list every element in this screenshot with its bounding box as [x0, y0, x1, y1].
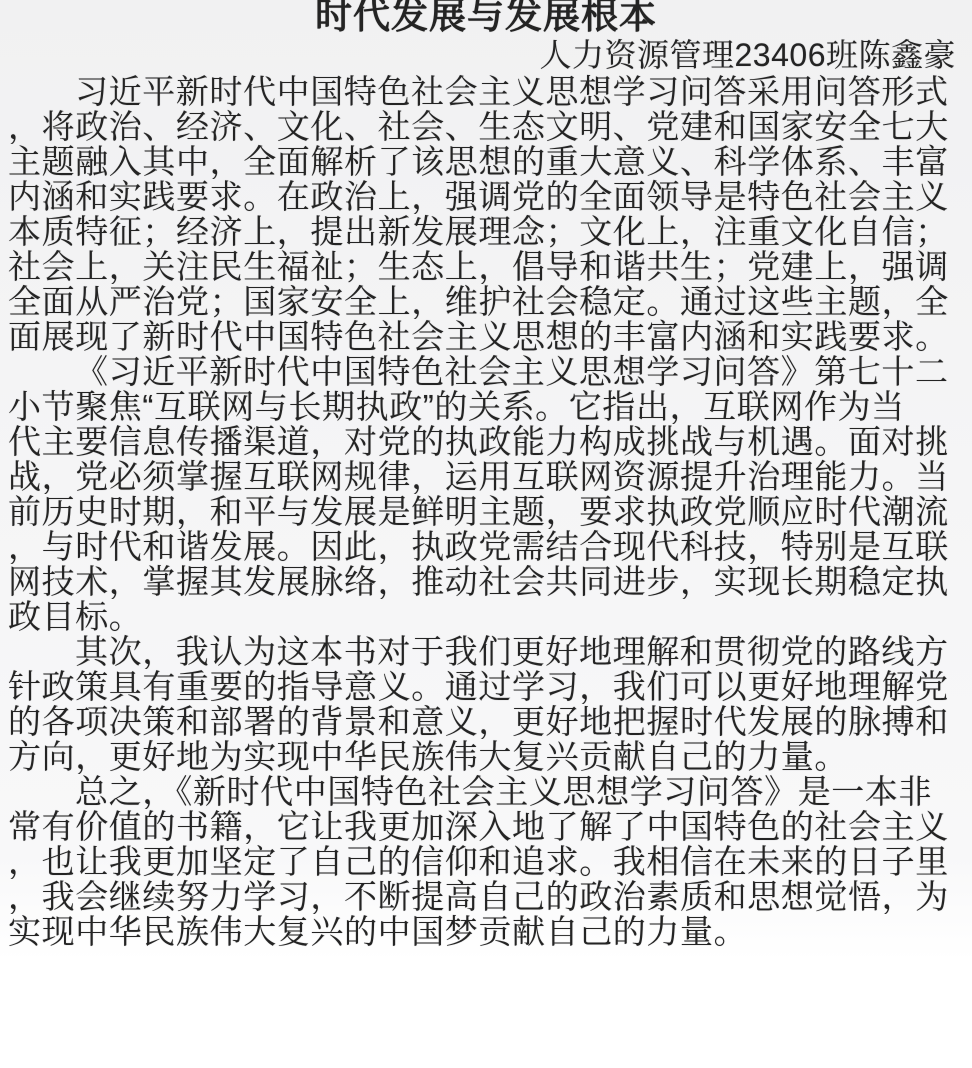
text-line: 其次，我认为这本书对于我们更好地理解和贯彻党的路线方	[8, 634, 958, 669]
paragraph: 《习近平新时代中国特色社会主义思想学习问答》第七十二小节聚焦“互联网与长期执政”…	[8, 354, 958, 634]
text-line: 面展现了新时代中国特色社会主义思想的丰富内涵和实践要求。	[8, 319, 958, 354]
text-line: 全面从严治党；国家安全上，维护社会稳定。通过这些主题，全	[8, 284, 958, 319]
text-line: 战，党必须掌握互联网规律，运用互联网资源提升治理能力。当	[8, 459, 958, 494]
text-line: 政目标。	[8, 599, 958, 634]
text-line: 代主要信息传播渠道，对党的执政能力构成挑战与机遇。面对挑	[8, 424, 958, 459]
text-line: 小节聚焦“互联网与长期执政”的关系。它指出，互联网作为当	[8, 389, 958, 424]
document-page: 时代发展与发展根本 人力资源管理23406班陈鑫豪 习近平新时代中国特色社会主义…	[0, 0, 972, 1068]
text-line: 针政策具有重要的指导意义。通过学习，我们可以更好地理解党	[8, 669, 958, 704]
text-line: ，我会继续努力学习，不断提高自己的政治素质和思想觉悟，为	[8, 879, 958, 914]
text-line: 社会上，关注民生福祉；生态上，倡导和谐共生；党建上，强调	[8, 249, 958, 284]
text-line: 常有价值的书籍，它让我更加深入地了解了中国特色的社会主义	[8, 809, 958, 844]
text-line: ，将政治、经济、文化、社会、生态文明、党建和国家安全七大	[8, 109, 958, 144]
document-title: 时代发展与发展根本	[0, 0, 972, 38]
text-line: 习近平新时代中国特色社会主义思想学习问答采用问答形式	[8, 74, 958, 109]
document-byline: 人力资源管理23406班陈鑫豪	[0, 38, 972, 72]
text-line: ，也让我更加坚定了自己的信仰和追求。我相信在未来的日子里	[8, 844, 958, 879]
text-line: 总之，《新时代中国特色社会主义思想学习问答》是一本非	[8, 774, 958, 809]
paragraph: 总之，《新时代中国特色社会主义思想学习问答》是一本非常有价值的书籍，它让我更加深…	[8, 774, 958, 949]
text-line: 本质特征；经济上，提出新发展理念；文化上，注重文化自信；	[8, 214, 958, 249]
paragraph: 其次，我认为这本书对于我们更好地理解和贯彻党的路线方针政策具有重要的指导意义。通…	[8, 634, 958, 774]
text-line: 前历史时期，和平与发展是鲜明主题，要求执政党顺应时代潮流	[8, 494, 958, 529]
text-line: 主题融入其中，全面解析了该思想的重大意义、科学体系、丰富	[8, 144, 958, 179]
text-line: 内涵和实践要求。在政治上，强调党的全面领导是特色社会主义	[8, 179, 958, 214]
text-line: ，与时代和谐发展。因此，执政党需结合现代科技，特别是互联	[8, 529, 958, 564]
paragraph: 习近平新时代中国特色社会主义思想学习问答采用问答形式，将政治、经济、文化、社会、…	[8, 74, 958, 354]
document-body: 习近平新时代中国特色社会主义思想学习问答采用问答形式，将政治、经济、文化、社会、…	[0, 72, 972, 949]
text-line: 《习近平新时代中国特色社会主义思想学习问答》第七十二	[8, 354, 958, 389]
text-line: 方向，更好地为实现中华民族伟大复兴贡献自己的力量。	[8, 739, 958, 774]
text-line: 实现中华民族伟大复兴的中国梦贡献自己的力量。	[8, 914, 958, 949]
text-line: 的各项决策和部署的背景和意义，更好地把握时代发展的脉搏和	[8, 704, 958, 739]
text-line: 网技术，掌握其发展脉络，推动社会共同进步，实现长期稳定执	[8, 564, 958, 599]
